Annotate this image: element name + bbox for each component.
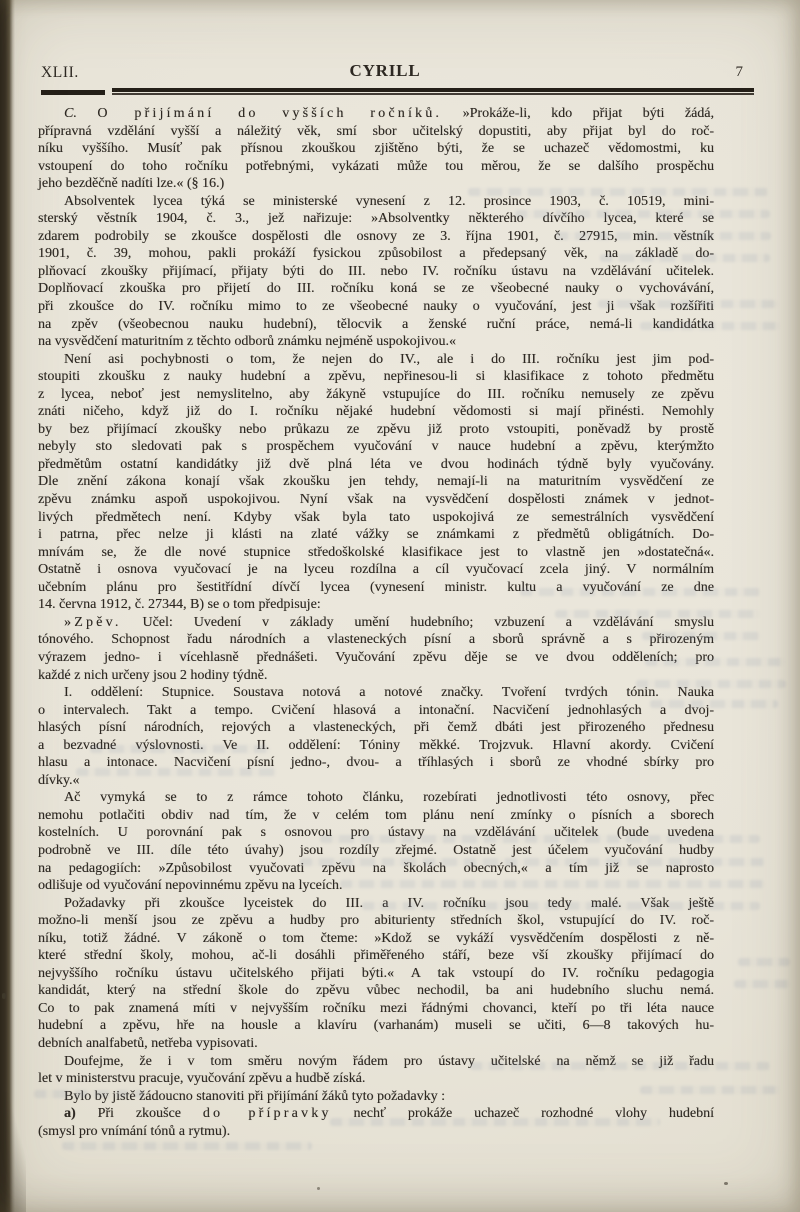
- show-through-text: [62, 1142, 312, 1150]
- text-line: C. O přijímání do vyšších ročníků. »Prok…: [38, 105, 714, 123]
- text-segment: i patrna, přec nelze ji klásti na zlaté …: [38, 527, 714, 542]
- show-through-text: [734, 980, 790, 988]
- text-segment: na zpěv (všeobecnou nauku hudební), tělo…: [38, 317, 714, 332]
- paragraph: Bylo by jistě žádoucno stanoviti při při…: [38, 1088, 714, 1106]
- text-segment: odlišuje od vyučování nepovinnému zpěvu …: [38, 878, 342, 893]
- text-line: hlasých písní národních, rejových a vlas…: [38, 719, 714, 737]
- text-line: kandidát, který na střední škole do zpěv…: [38, 982, 714, 1000]
- text-line: Doplňovací zkouška pro přijetí do III. r…: [38, 280, 714, 298]
- text-line: předmětům ostatní kandidátky již dvě pln…: [38, 456, 714, 474]
- text-segment: »Prokáže-li, kdo přijat býti žádá,: [442, 106, 714, 121]
- text-line: při zkoušce do IV. ročníku mimo to ze vš…: [38, 298, 714, 316]
- paragraph: Požadavky při zkoušce lyceistek do III. …: [38, 895, 714, 1053]
- ink-speck: [2, 993, 6, 999]
- text-line: na zpěv (všeobecnou nauku hudební), tělo…: [38, 316, 714, 334]
- scan-edge-left: [0, 0, 15, 1212]
- text-segment: stoupiti zkoušku z nauky hudební a zpěvu…: [38, 369, 714, 384]
- text-segment: (smysl pro vnímání tónů a rytmu).: [38, 1124, 230, 1139]
- text-line: přípravná vzdělání vyšší a náležitý věk,…: [38, 123, 714, 141]
- text-segment: »Zpěv.: [64, 615, 122, 630]
- text-line: a bezvadné výslovnosti. Ve II. oddělení:…: [38, 737, 714, 755]
- text-line: z lycea, neboť jest nemyslitelno, aby žá…: [38, 386, 714, 404]
- text-line: dívky.«: [38, 772, 714, 790]
- text-line: nebyly sto sledovati pak s prospěchem vy…: [38, 438, 714, 456]
- text-segment: z lycea, neboť jest nemyslitelno, aby žá…: [38, 387, 714, 402]
- text-line: 1901, č. 39, mohou, pakli prokáží fysick…: [38, 245, 714, 263]
- scanned-page: XLII. CYRILL 7 C. O přijímání do vyšších…: [0, 0, 800, 1212]
- paragraph: Absolventek lycea týká se ministerské vy…: [38, 193, 714, 351]
- text-line: které střední školy, mohou, ač-li dosáhl…: [38, 947, 714, 965]
- text-segment: přípravná vzdělání vyšší a náležitý věk,…: [38, 124, 714, 139]
- text-segment: nemohu potlačiti obdiv nad tím, že v cel…: [38, 808, 714, 823]
- text-segment: a): [64, 1106, 76, 1121]
- text-segment: jeho bezděčně nadíti lze.« (§ 16.): [38, 176, 224, 191]
- text-segment: tónového. Schopnost řadu národních a vla…: [38, 632, 714, 647]
- text-segment: Co to pak znamená míti v nejvyšším roční…: [38, 1001, 714, 1016]
- text-segment: při zkoušce do IV. ročníku mimo to ze vš…: [38, 299, 714, 314]
- text-segment: učebním plánu pro šestitřídní dívčí lyce…: [38, 580, 714, 595]
- text-line: nejvyššího ročníku ústavu učitelského př…: [38, 965, 714, 983]
- text-segment: 14. června 1912, č. 27344, B) se o tom p…: [38, 597, 321, 612]
- text-segment: Učel: Uvedení v základy umění hudebního;…: [122, 615, 714, 630]
- text-line: kostelních. U porovnání pak s osnovou pr…: [38, 824, 714, 842]
- text-segment: výrazem jedno- i vícehlasně přednášeti. …: [38, 650, 714, 665]
- text-line: 14. června 1912, č. 27344, B) se o tom p…: [38, 596, 714, 614]
- paragraph: Doufejme, že i v tom směru novým řádem p…: [38, 1053, 714, 1088]
- text-line: Dle znění zákona konají však zkoušku jen…: [38, 473, 714, 491]
- text-line: znáti ničeho, když již do I. ročníku něj…: [38, 403, 714, 421]
- text-line: zpěvu známku aspoň uspokojivou. Nyní vša…: [38, 491, 714, 509]
- text-segment: níku vyššího. Musíť pak přísnou zkouškou…: [38, 141, 714, 156]
- text-segment: vstoupení do toho ročníku potřebnými, vy…: [38, 159, 714, 174]
- text-segment: mnívám se, že dle nové stupnice středošk…: [38, 545, 714, 560]
- text-line: hlasu a intonace. Nacvičení písní jedno-…: [38, 754, 714, 772]
- text-segment: nebyly sto sledovati pak s prospěchem vy…: [38, 439, 714, 454]
- text-segment: let v ministerstvu pracuje, vyučování zp…: [38, 1071, 365, 1086]
- journal-title: CYRILL: [0, 61, 770, 81]
- header-rule-main-segment: [112, 88, 754, 95]
- text-segment: [77, 106, 97, 121]
- text-line: Požadavky při zkoušce lyceistek do III. …: [38, 895, 714, 913]
- text-segment: předmětům ostatní kandidátky již dvě pln…: [38, 457, 714, 472]
- text-segment: C.: [64, 106, 77, 121]
- text-segment: nejvyššího ročníku ústavu učitelského př…: [38, 966, 714, 981]
- text-line: vstoupení do toho ročníku potřebnými, vy…: [38, 158, 714, 176]
- text-segment: na pedagogiích: »Způsobilost vyučovati z…: [38, 861, 714, 876]
- text-line: Není asi pochybnosti o tom, že nejen do …: [38, 351, 714, 369]
- text-segment: hlasu a intonace. Nacvičení písní jedno-…: [38, 755, 714, 770]
- text-segment: Doufejme, že i v tom směru novým řádem p…: [64, 1054, 714, 1069]
- text-line: učebním plánu pro šestitřídní dívčí lyce…: [38, 579, 714, 597]
- text-line: každé z nich určeny jsou 2 hodiny týdně.: [38, 667, 714, 685]
- text-segment: by bez přijímací zkoušky nebo průkazu ze…: [38, 422, 714, 437]
- text-segment: Absolventek lycea týká se ministerské vy…: [64, 194, 714, 209]
- paragraph: C. O přijímání do vyšších ročníků. »Prok…: [38, 105, 714, 193]
- text-segment: Bylo by jistě žádoucno stanoviti při při…: [64, 1089, 445, 1104]
- text-segment: debních analfabetů, netřeba vypisovati.: [38, 1036, 258, 1051]
- text-line: na vysvědčení maturitním z těchto odborů…: [38, 333, 714, 351]
- text-segment: zpěvu známku aspoň uspokojivou. Nyní vša…: [38, 492, 714, 507]
- text-segment: a bezvadné výslovnosti. Ve II. oddělení:…: [38, 738, 714, 753]
- text-segment: možno-li menší jsou ze zpěvu a hudby pro…: [38, 913, 714, 928]
- paragraph: I. oddělení: Stupnice. Soustava notová a…: [38, 684, 714, 789]
- page-number: 7: [736, 64, 744, 81]
- text-line: stoupiti zkoušku z nauky hudební a zpěvu…: [38, 368, 714, 386]
- text-segment: hudební a zpěvu, hře na housle a klavíru…: [38, 1018, 714, 1033]
- ink-speck: [317, 1187, 320, 1190]
- text-segment: každé z nich určeny jsou 2 hodiny týdně.: [38, 668, 267, 683]
- text-segment: kandidát, který na střední škole do zpěv…: [38, 983, 714, 998]
- text-line: I. oddělení: Stupnice. Soustava notová a…: [38, 684, 714, 702]
- text-segment: které střední školy, mohou, ač-li dosáhl…: [38, 948, 714, 963]
- text-segment: sterský věstník 1904, č. 3., jež nařizuj…: [38, 211, 714, 226]
- text-line: i patrna, přec nelze ji klásti na zlaté …: [38, 526, 714, 544]
- text-line: mnívám se, že dle nové stupnice středošk…: [38, 544, 714, 562]
- text-line: sterský věstník 1904, č. 3., jež nařizuj…: [38, 210, 714, 228]
- text-line: Ač vymyká se to z rámce tohoto článku, r…: [38, 789, 714, 807]
- paragraph: Není asi pochybnosti o tom, že nejen do …: [38, 351, 714, 614]
- text-line: by bez přijímací zkoušky nebo průkazu ze…: [38, 421, 714, 439]
- text-line: podrobně ve III. díle této úvahy) jsou r…: [38, 842, 714, 860]
- text-line: možno-li menší jsou ze zpěvu a hudby pro…: [38, 912, 714, 930]
- paragraph: a) Při zkoušce do přípravky nechť prokáž…: [38, 1105, 714, 1140]
- text-segment: Při zkoušce: [76, 1106, 203, 1121]
- text-line: »Zpěv. Učel: Uvedení v základy umění hud…: [38, 614, 714, 632]
- text-segment: dívky.«: [38, 773, 79, 788]
- text-segment: znáti ničeho, když již do I. ročníku něj…: [38, 404, 714, 419]
- text-segment: hlasých písní národních, rejových a vlas…: [38, 720, 714, 735]
- text-segment: I. oddělení: Stupnice. Soustava notová a…: [64, 685, 714, 700]
- header-rule-left-segment: [41, 90, 105, 95]
- text-segment: O přijímání do vyšších ročníků.: [97, 106, 442, 121]
- text-segment: o intervalech. Takt a tempo. Cvičení hla…: [38, 703, 714, 718]
- text-line: Absolventek lycea týká se ministerské vy…: [38, 193, 714, 211]
- text-line: jeho bezděčně nadíti lze.« (§ 16.): [38, 175, 714, 193]
- text-segment: Není asi pochybnosti o tom, že nejen do …: [64, 352, 714, 367]
- text-segment: podrobně ve III. díle této úvahy) jsou r…: [38, 843, 714, 858]
- text-segment: plňovací zkoušky přijímací, přijaty býti…: [38, 264, 714, 279]
- scan-edge-corner: [0, 1092, 26, 1212]
- text-line: Doufejme, že i v tom směru novým řádem p…: [38, 1053, 714, 1071]
- text-line: zdarem podrobily se zkoušce dospělosti d…: [38, 228, 714, 246]
- text-line: hudební a zpěvu, hře na housle a klavíru…: [38, 1017, 714, 1035]
- text-segment: níku, totiž žádné. V zákoně o tom čteme:…: [38, 931, 714, 946]
- text-segment: Doplňovací zkouška pro přijetí do III. r…: [38, 281, 714, 296]
- text-line: Bylo by jistě žádoucno stanoviti při při…: [38, 1088, 714, 1106]
- text-line: Ostatně i osnova vyučovací je na lyceu r…: [38, 561, 714, 579]
- article-body: C. O přijímání do vyšších ročníků. »Prok…: [38, 105, 714, 1140]
- text-line: na pedagogiích: »Způsobilost vyučovati z…: [38, 860, 714, 878]
- text-segment: Ostatně i osnova vyučovací je na lyceu r…: [38, 562, 714, 577]
- text-line: a) Při zkoušce do přípravky nechť prokáž…: [38, 1105, 714, 1123]
- paragraph: Ač vymyká se to z rámce tohoto článku, r…: [38, 789, 714, 894]
- text-line: o intervalech. Takt a tempo. Cvičení hla…: [38, 702, 714, 720]
- text-line: let v ministerstvu pracuje, vyučování zp…: [38, 1070, 714, 1088]
- text-segment: na vysvědčení maturitním z těchto odborů…: [38, 334, 456, 349]
- ink-speck: [724, 1182, 728, 1185]
- text-segment: Ač vymyká se to z rámce tohoto článku, r…: [64, 790, 714, 805]
- text-line: níku vyššího. Musíť pak přísnou zkouškou…: [38, 140, 714, 158]
- text-line: Co to pak znamená míti v nejvyšším roční…: [38, 1000, 714, 1018]
- text-segment: kostelních. U porovnání pak s osnovou pr…: [38, 825, 714, 840]
- text-line: odlišuje od vyučování nepovinnému zpěvu …: [38, 877, 714, 895]
- paragraph: »Zpěv. Učel: Uvedení v základy umění hud…: [38, 614, 714, 684]
- text-segment: nechť prokáže uchazeč rozhodné vlohy hud…: [332, 1106, 714, 1121]
- text-segment: Požadavky při zkoušce lyceistek do III. …: [64, 896, 714, 911]
- text-line: výrazem jedno- i vícehlasně přednášeti. …: [38, 649, 714, 667]
- text-line: tónového. Schopnost řadu národních a vla…: [38, 631, 714, 649]
- text-line: (smysl pro vnímání tónů a rytmu).: [38, 1123, 714, 1141]
- text-segment: Dle znění zákona konají však zkoušku jen…: [38, 474, 714, 489]
- text-line: livých předmětech není. Kdyby však byla …: [38, 509, 714, 527]
- text-line: plňovací zkoušky přijímací, přijaty býti…: [38, 263, 714, 281]
- text-line: debních analfabetů, netřeba vypisovati.: [38, 1035, 714, 1053]
- text-segment: 1901, č. 39, mohou, pakli prokáží fysick…: [38, 246, 714, 261]
- text-segment: zdarem podrobily se zkoušce dospělosti d…: [38, 229, 714, 244]
- show-through-text: [738, 958, 790, 966]
- text-line: níku, totiž žádné. V zákoně o tom čteme:…: [38, 930, 714, 948]
- text-line: nemohu potlačiti obdiv nad tím, že v cel…: [38, 807, 714, 825]
- text-segment: do přípravky: [203, 1106, 332, 1121]
- text-segment: livých předmětech není. Kdyby však byla …: [38, 510, 714, 525]
